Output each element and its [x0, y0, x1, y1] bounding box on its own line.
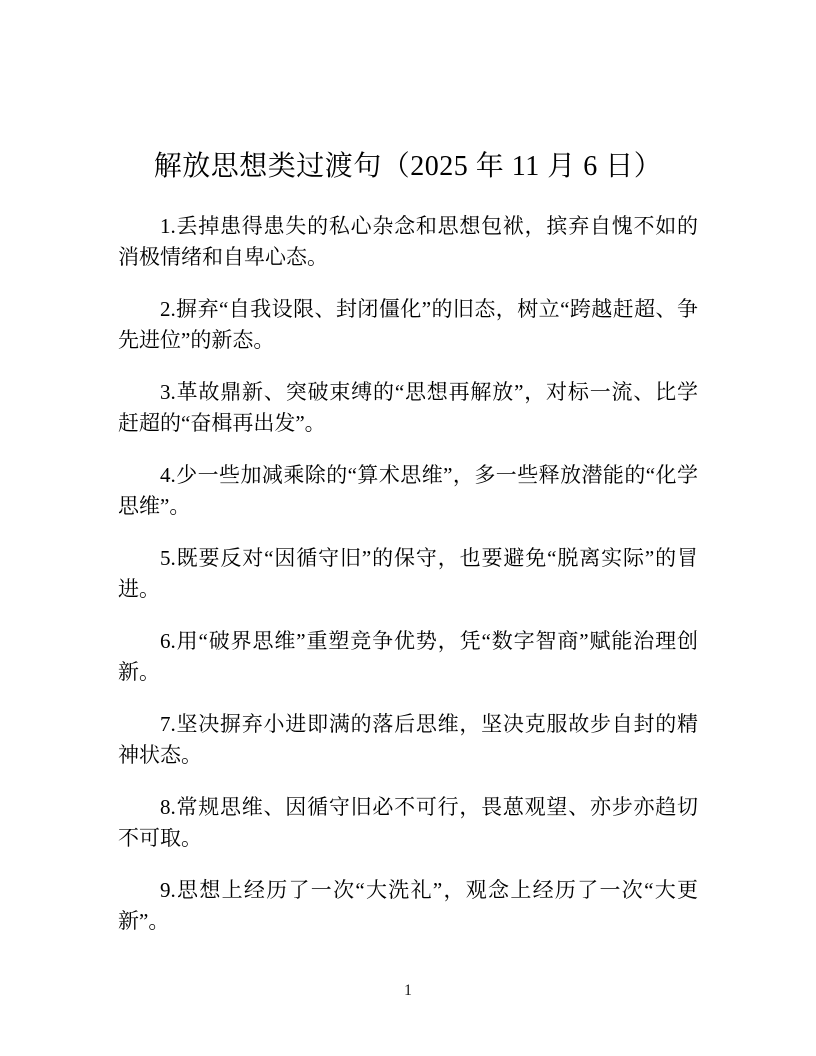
document-title: 解放思想类过渡句（2025 年 11 月 6 日）: [118, 148, 698, 185]
paragraph-item-1: 1.丢掉患得患失的私心杂念和思想包袱，摈弃自愧不如的消极情绪和自卑心态。: [118, 211, 698, 273]
paragraph-item-5: 5.既要反对“因循守旧”的保守，也要避免“脱离实际”的冒进。: [118, 543, 698, 605]
paragraph-item-2: 2.摒弃“自我设限、封闭僵化”的旧态，树立“跨越赶超、争先进位”的新态。: [118, 294, 698, 356]
paragraph-item-4: 4.少一些加减乘除的“算术思维”，多一些释放潜能的“化学思维”。: [118, 460, 698, 522]
document-page: 解放思想类过渡句（2025 年 11 月 6 日） 1.丢掉患得患失的私心杂念和…: [0, 0, 816, 1056]
page-number: 1: [0, 981, 816, 1001]
paragraph-item-7: 7.坚决摒弃小进即满的落后思维，坚决克服故步自封的精神状态。: [118, 709, 698, 771]
paragraph-item-8: 8.常规思维、因循守旧必不可行，畏葸观望、亦步亦趋切不可取。: [118, 792, 698, 854]
paragraph-item-9: 9.思想上经历了一次“大洗礼”，观念上经历了一次“大更新”。: [118, 875, 698, 937]
paragraph-item-3: 3.革故鼎新、突破束缚的“思想再解放”，对标一流、比学赶超的“奋楫再出发”。: [118, 377, 698, 439]
paragraph-item-6: 6.用“破界思维”重塑竞争优势，凭“数字智商”赋能治理创新。: [118, 626, 698, 688]
